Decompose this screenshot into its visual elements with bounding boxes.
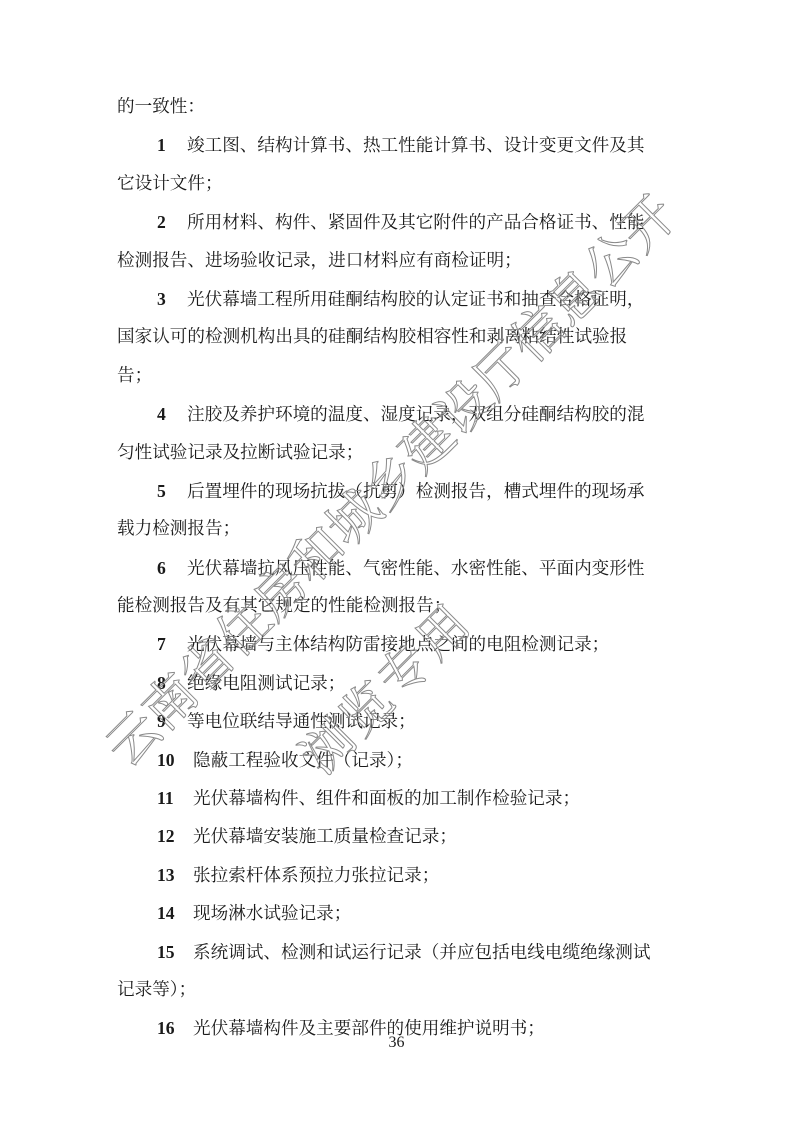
- list-item-13: 13张拉索杆体系预拉力张拉记录；: [117, 856, 677, 894]
- item-text: 现场淋水试验记录；: [193, 904, 351, 924]
- item-text: 绝缘电阻测试记录；: [187, 674, 345, 694]
- item-number: 7: [157, 625, 175, 663]
- page-number: 36: [0, 1034, 793, 1052]
- list-item-2-line-1: 2所用材料、构件、紧固件及其它附件的产品合格证书、性能: [117, 203, 677, 241]
- item-number: 9: [157, 702, 175, 740]
- list-item-15-line-2: 记录等）；: [117, 971, 677, 1009]
- item-number: 11: [157, 779, 179, 817]
- item-text: 光伏幕墙安装施工质量检查记录；: [193, 827, 457, 847]
- list-item-3-line-3: 告；: [117, 357, 677, 395]
- item-number: 8: [157, 664, 175, 702]
- document-body: 的一致性： 1竣工图、结构计算书、热工性能计算书、设计变更文件及其 它设计文件；…: [117, 88, 677, 1048]
- list-item-4-line-2: 匀性试验记录及拉断试验记录；: [117, 434, 677, 472]
- item-text: 张拉索杆体系预拉力张拉记录；: [193, 866, 439, 886]
- item-text: 光伏幕墙构件、组件和面板的加工制作检验记录；: [193, 789, 580, 809]
- list-item-7: 7光伏幕墙与主体结构防雷接地点之间的电阻检测记录；: [117, 625, 677, 663]
- item-text: 光伏幕墙工程所用硅酮结构胶的认定证书和抽查合格证明，: [187, 290, 644, 310]
- list-item-8: 8绝缘电阻测试记录；: [117, 664, 677, 702]
- item-text: 隐蔽工程验收文件（记录）；: [193, 751, 413, 771]
- list-item-6-line-2: 能检测报告及有其它规定的性能检测报告；: [117, 587, 677, 625]
- list-item-14: 14现场淋水试验记录；: [117, 894, 677, 932]
- item-text: 所用材料、构件、紧固件及其它附件的产品合格证书、性能: [187, 213, 644, 233]
- item-number: 10: [157, 741, 179, 779]
- item-text: 光伏幕墙抗风压性能、气密性能、水密性能、平面内变形性: [187, 559, 644, 579]
- list-item-3-line-2: 国家认可的检测机构出具的硅酮结构胶相容性和剥离粘结性试验报: [117, 318, 677, 356]
- item-text: 竣工图、结构计算书、热工性能计算书、设计变更文件及其: [187, 136, 644, 156]
- list-item-10: 10隐蔽工程验收文件（记录）；: [117, 741, 677, 779]
- item-text: 等电位联结导通性测试记录；: [187, 712, 416, 732]
- list-item-2-line-2: 检测报告、进场验收记录，进口材料应有商检证明；: [117, 242, 677, 280]
- list-item-5-line-1: 5后置埋件的现场抗拔（抗剪）检测报告，槽式埋件的现场承: [117, 472, 677, 510]
- item-text: 光伏幕墙与主体结构防雷接地点之间的电阻检测记录；: [187, 635, 609, 655]
- item-number: 14: [157, 894, 179, 932]
- intro-line: 的一致性：: [117, 88, 677, 126]
- item-number: 3: [157, 280, 175, 318]
- list-item-3-line-1: 3光伏幕墙工程所用硅酮结构胶的认定证书和抽查合格证明，: [117, 280, 677, 318]
- item-number: 6: [157, 549, 175, 587]
- list-item-1-line-2: 它设计文件；: [117, 165, 677, 203]
- list-item-1-line-1: 1竣工图、结构计算书、热工性能计算书、设计变更文件及其: [117, 126, 677, 164]
- item-text: 后置埋件的现场抗拔（抗剪）检测报告，槽式埋件的现场承: [187, 482, 644, 502]
- list-item-5-line-2: 载力检测报告；: [117, 510, 677, 548]
- item-number: 12: [157, 817, 179, 855]
- item-text: 注胶及养护环境的温度、湿度记录，双组分硅酮结构胶的混: [187, 405, 644, 425]
- document-page: 的一致性： 1竣工图、结构计算书、热工性能计算书、设计变更文件及其 它设计文件；…: [0, 0, 793, 1122]
- list-item-12: 12光伏幕墙安装施工质量检查记录；: [117, 817, 677, 855]
- item-number: 13: [157, 856, 179, 894]
- item-number: 5: [157, 472, 175, 510]
- list-item-15-line-1: 15系统调试、检测和试运行记录（并应包括电线电缆绝缘测试: [117, 933, 677, 971]
- list-item-9: 9等电位联结导通性测试记录；: [117, 702, 677, 740]
- item-number: 1: [157, 126, 175, 164]
- list-item-4-line-1: 4注胶及养护环境的温度、湿度记录，双组分硅酮结构胶的混: [117, 395, 677, 433]
- list-item-6-line-1: 6光伏幕墙抗风压性能、气密性能、水密性能、平面内变形性: [117, 549, 677, 587]
- item-number: 15: [157, 933, 179, 971]
- item-number: 2: [157, 203, 175, 241]
- list-item-11: 11光伏幕墙构件、组件和面板的加工制作检验记录；: [117, 779, 677, 817]
- item-number: 4: [157, 395, 175, 433]
- item-text: 系统调试、检测和试运行记录（并应包括电线电缆绝缘测试: [193, 943, 650, 963]
